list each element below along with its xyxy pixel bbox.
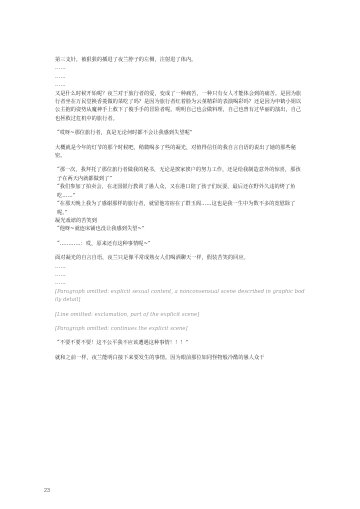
body-paragraph: 就和之前一样，夜兰能明白接下来要发生的事情。因为眼前那位如同怪物般冷酷的愚人众干	[55, 354, 305, 362]
ellipsis-separator: ……	[55, 64, 305, 72]
body-paragraph: 第三支针，被狠狠的插进了夜兰脖子的左侧，注射进了体内。	[55, 56, 305, 64]
omitted-passage: [Paragraph omitted: explicit sexual cont…	[55, 288, 305, 305]
page-number: 23	[44, 488, 50, 494]
ellipsis-separator: ……	[55, 279, 305, 287]
dialogue-line: “他呀~就连床铺也没让我感到失望~”	[55, 225, 305, 233]
dialogue-line: “在那天晚上我为了感谢那样的旅行者，就留他寄宿在了群玉阁……这也是我一生中为数不…	[55, 200, 305, 217]
ellipsis-separator: ……	[55, 271, 305, 279]
dialogue-line: “那一次，我拜托了那位旅行者做我的秘书，无论是挨家挨户的努力工作，还是给我制造意…	[55, 166, 305, 183]
body-paragraph: 凝光戏谑的苦笑到	[55, 217, 305, 225]
ellipsis-separator: ……	[55, 263, 305, 271]
omitted-passage: [Line omitted: exclamation, part of the …	[55, 311, 305, 319]
body-paragraph: 又是什么时候开始呢？夜兰对于旅行者的爱，变成了一种痛苦，一种只有女人才能体会到的…	[55, 90, 305, 124]
dialogue-line: “我们参加了拍卖会，在北国银行教训了愚人众，又在港口陪了孩子们玩耍，最后还在野外…	[55, 183, 305, 200]
dialogue-line: “…………：哎，原来还有这种事情呢~”	[55, 240, 305, 248]
dialogue-line: “哎呀~那位旅行者，真是无论何时都不会让我感到失望呢”	[55, 129, 305, 137]
body-paragraph: 大概就是今年的灯节的那个时候吧，稍微喝多了些的凝光，对值得信任的我自言自语的说出…	[55, 144, 305, 161]
omitted-passage: [Paragraph omitted: continues the explic…	[55, 325, 305, 333]
document-page: 第三支针，被狠狠的插进了夜兰脖子的左侧，注射进了体内。………………又是什么时候开…	[55, 56, 305, 362]
dialogue-line: “不要不要不要！这不公平我不应该遭遇这种事情！！！”	[55, 339, 305, 347]
body-paragraph: 面对凝光的自言自语，夜兰只是像平常成熟女人们喝酒聊天一样，假装苦笑的回应。	[55, 254, 305, 262]
ellipsis-separator: ……	[55, 81, 305, 89]
ellipsis-separator: ……	[55, 73, 305, 81]
